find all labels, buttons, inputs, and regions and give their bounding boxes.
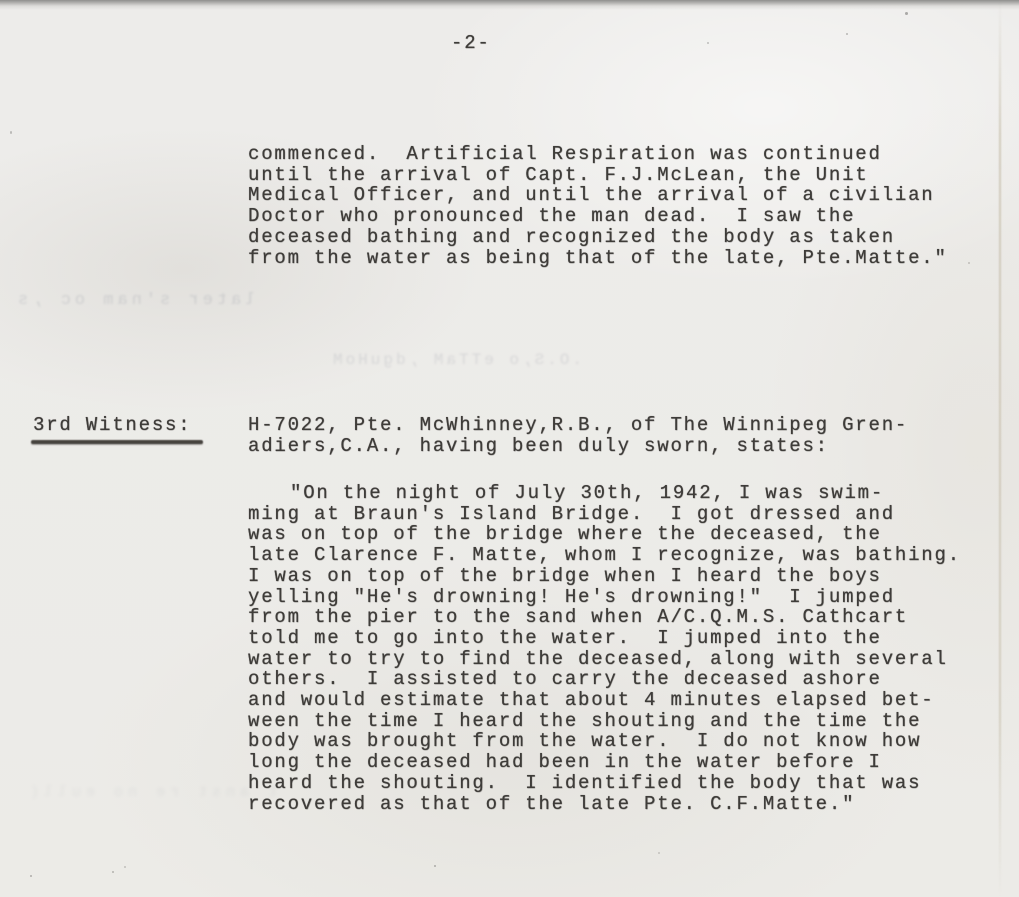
paper-speckle (10, 131, 12, 134)
witness-heading-underline (31, 440, 203, 444)
page-number: -2- (451, 33, 491, 54)
paper-speckle (124, 866, 126, 868)
witness-identification: H-7022, Pte. McWhinney,R.B., of The Winn… (248, 415, 968, 456)
paper-speckle (846, 33, 848, 35)
paper-speckle (30, 875, 32, 877)
ink-bleedthrough-bottom: t anst re no eull( (25, 784, 277, 801)
paper-speckle (968, 262, 970, 264)
paragraph-continued-testimony: commenced. Artificial Respiration was co… (248, 144, 968, 268)
scanned-document-page: -2- commenced. Artificial Respiration wa… (0, 0, 1019, 897)
ink-bleedthrough-center: .O.S,o eTTaM ,dguHoM (330, 351, 582, 369)
paper-speckle (112, 871, 114, 873)
paper-speckle (434, 865, 436, 867)
paper-crease (999, 0, 1001, 897)
ink-bleedthrough-left: later s'nam oc ,s (14, 291, 255, 310)
paper-speckle (905, 12, 908, 15)
paper-speckle (707, 42, 709, 44)
witness-statement: "On the night of July 30th, 1942, I was … (248, 483, 978, 814)
paper-speckle (658, 852, 660, 854)
witness-heading-3rd-witness: 3rd Witness: (33, 415, 191, 436)
